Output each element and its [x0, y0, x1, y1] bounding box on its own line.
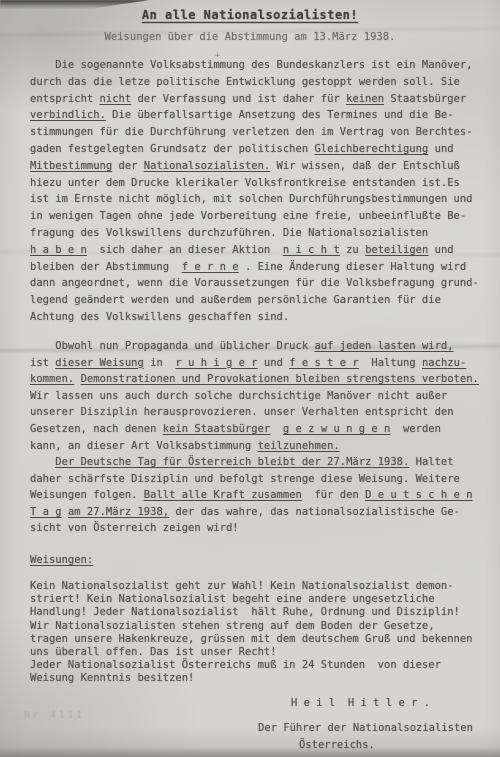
text-line: entspricht nicht der Verfassung und ist … — [30, 91, 479, 108]
document-page: An alle Nationalsozialisten! Weisungen ü… — [0, 0, 500, 757]
text-line: in wenigen Tagen ohne jede Vorbereitung … — [30, 208, 479, 225]
text-line: Wir Nationalsozialisten stehen streng au… — [30, 620, 473, 633]
text-line: Weisungen folgen. Ballt alle Kraft zusam… — [30, 487, 473, 504]
paper-edge-shadow — [0, 747, 500, 757]
text-line: daher schärfste Disziplin und befolgt st… — [30, 471, 473, 488]
body-paragraph-2: Obwohl nun Propaganda und üblicher Druck… — [30, 338, 479, 454]
text-line: Obwohl nun Propaganda und üblicher Druck… — [30, 338, 479, 355]
text-line: ist dieser Weisung in r u h i g e r und … — [30, 355, 479, 372]
text-line: bleiben der Abstimmung f e r n e . Eine … — [30, 259, 479, 276]
text-line: Handlung! Jeder Nationalsozialist hält R… — [30, 606, 473, 619]
text-line: stimmungen für die Durchführung verletze… — [30, 124, 479, 141]
document-title: An alle Nationalsozialisten! — [0, 8, 500, 22]
text-line: durch das die letze politische Entwicklu… — [30, 74, 479, 91]
signature-line1: Der Führer der Nationalsozialisten — [258, 722, 473, 734]
document-subtitle: Weisungen über die Abstimmung am 13.März… — [0, 31, 500, 43]
text-line: ist im Ernste nicht möglich, mit solchen… — [30, 191, 479, 208]
text-line: Jeder Nationalsozialist Österreichs muß … — [30, 659, 473, 672]
text-line: legend geändert werden und außerdem pers… — [30, 292, 479, 309]
signature-salute: H e i l H i t l e r . — [291, 697, 430, 709]
signature-line2: Österreichs. — [299, 739, 375, 751]
text-line: fragung des Volkswillens durchzuführen. … — [30, 225, 479, 242]
text-line: tragen unsere Hakenkreuze, grüssen mit d… — [30, 633, 473, 646]
body-paragraph-3: Der Deutsche Tag für Österreich bleibt d… — [30, 454, 473, 537]
text-line: Die sogenannte Volksabstimmung des Bunde… — [30, 57, 479, 74]
text-line: T a g am 27.März 1938, der das wahre, da… — [30, 504, 473, 521]
text-line: Achtung des Volkswillens geschaffen sind… — [30, 309, 479, 326]
text-line: uns überall offen. Das ist unser Recht! — [30, 646, 473, 659]
directives-list: Kein Nationalsozialist geht zur Wahl! Ke… — [30, 580, 473, 686]
stamp-mark: Nr 4111 — [24, 710, 85, 721]
text-line: sicht von Österreich zeigen wird! — [30, 520, 473, 537]
text-line: Der Deutsche Tag für Österreich bleibt d… — [30, 454, 473, 471]
text-line: h a b e n sich daher an dieser Aktion n … — [30, 242, 479, 259]
text-line: unserer Disziplin herausprovozieren. uns… — [30, 404, 479, 421]
text-line: Kein Nationalsozialist geht zur Wahl! Ke… — [30, 580, 473, 593]
text-line: striert! Kein Nationalsozialist begeht e… — [30, 593, 473, 606]
text-line: verbindlich. Die überfallsartige Ansetzu… — [30, 107, 479, 124]
text-line: Weisung Kenntnis besitzen! — [30, 672, 473, 685]
directives-heading: Weisungen: — [30, 554, 93, 566]
text-line: Gesetzen, nach denen kein Staatsbürger g… — [30, 421, 479, 438]
text-line: kommen. Demonstrationen und Provokatione… — [30, 371, 479, 388]
text-line: hiezu unter dem Drucke klerikaler Volksf… — [30, 175, 479, 192]
text-line: Wir lassen uns auch durch solche durchsi… — [30, 388, 479, 405]
text-line: kann, an dieser Art Volksabstimmung teil… — [30, 438, 479, 455]
text-line: Mitbestimmung der Nationalsozialisten. W… — [30, 158, 479, 175]
text-line: dann angeordnet, wenn die Voraussetzunge… — [30, 275, 479, 292]
text-line: gaden festgelegten Grundsatz der politis… — [30, 141, 479, 158]
body-paragraph-1: Die sogenannte Volksabstimmung des Bunde… — [30, 57, 479, 326]
